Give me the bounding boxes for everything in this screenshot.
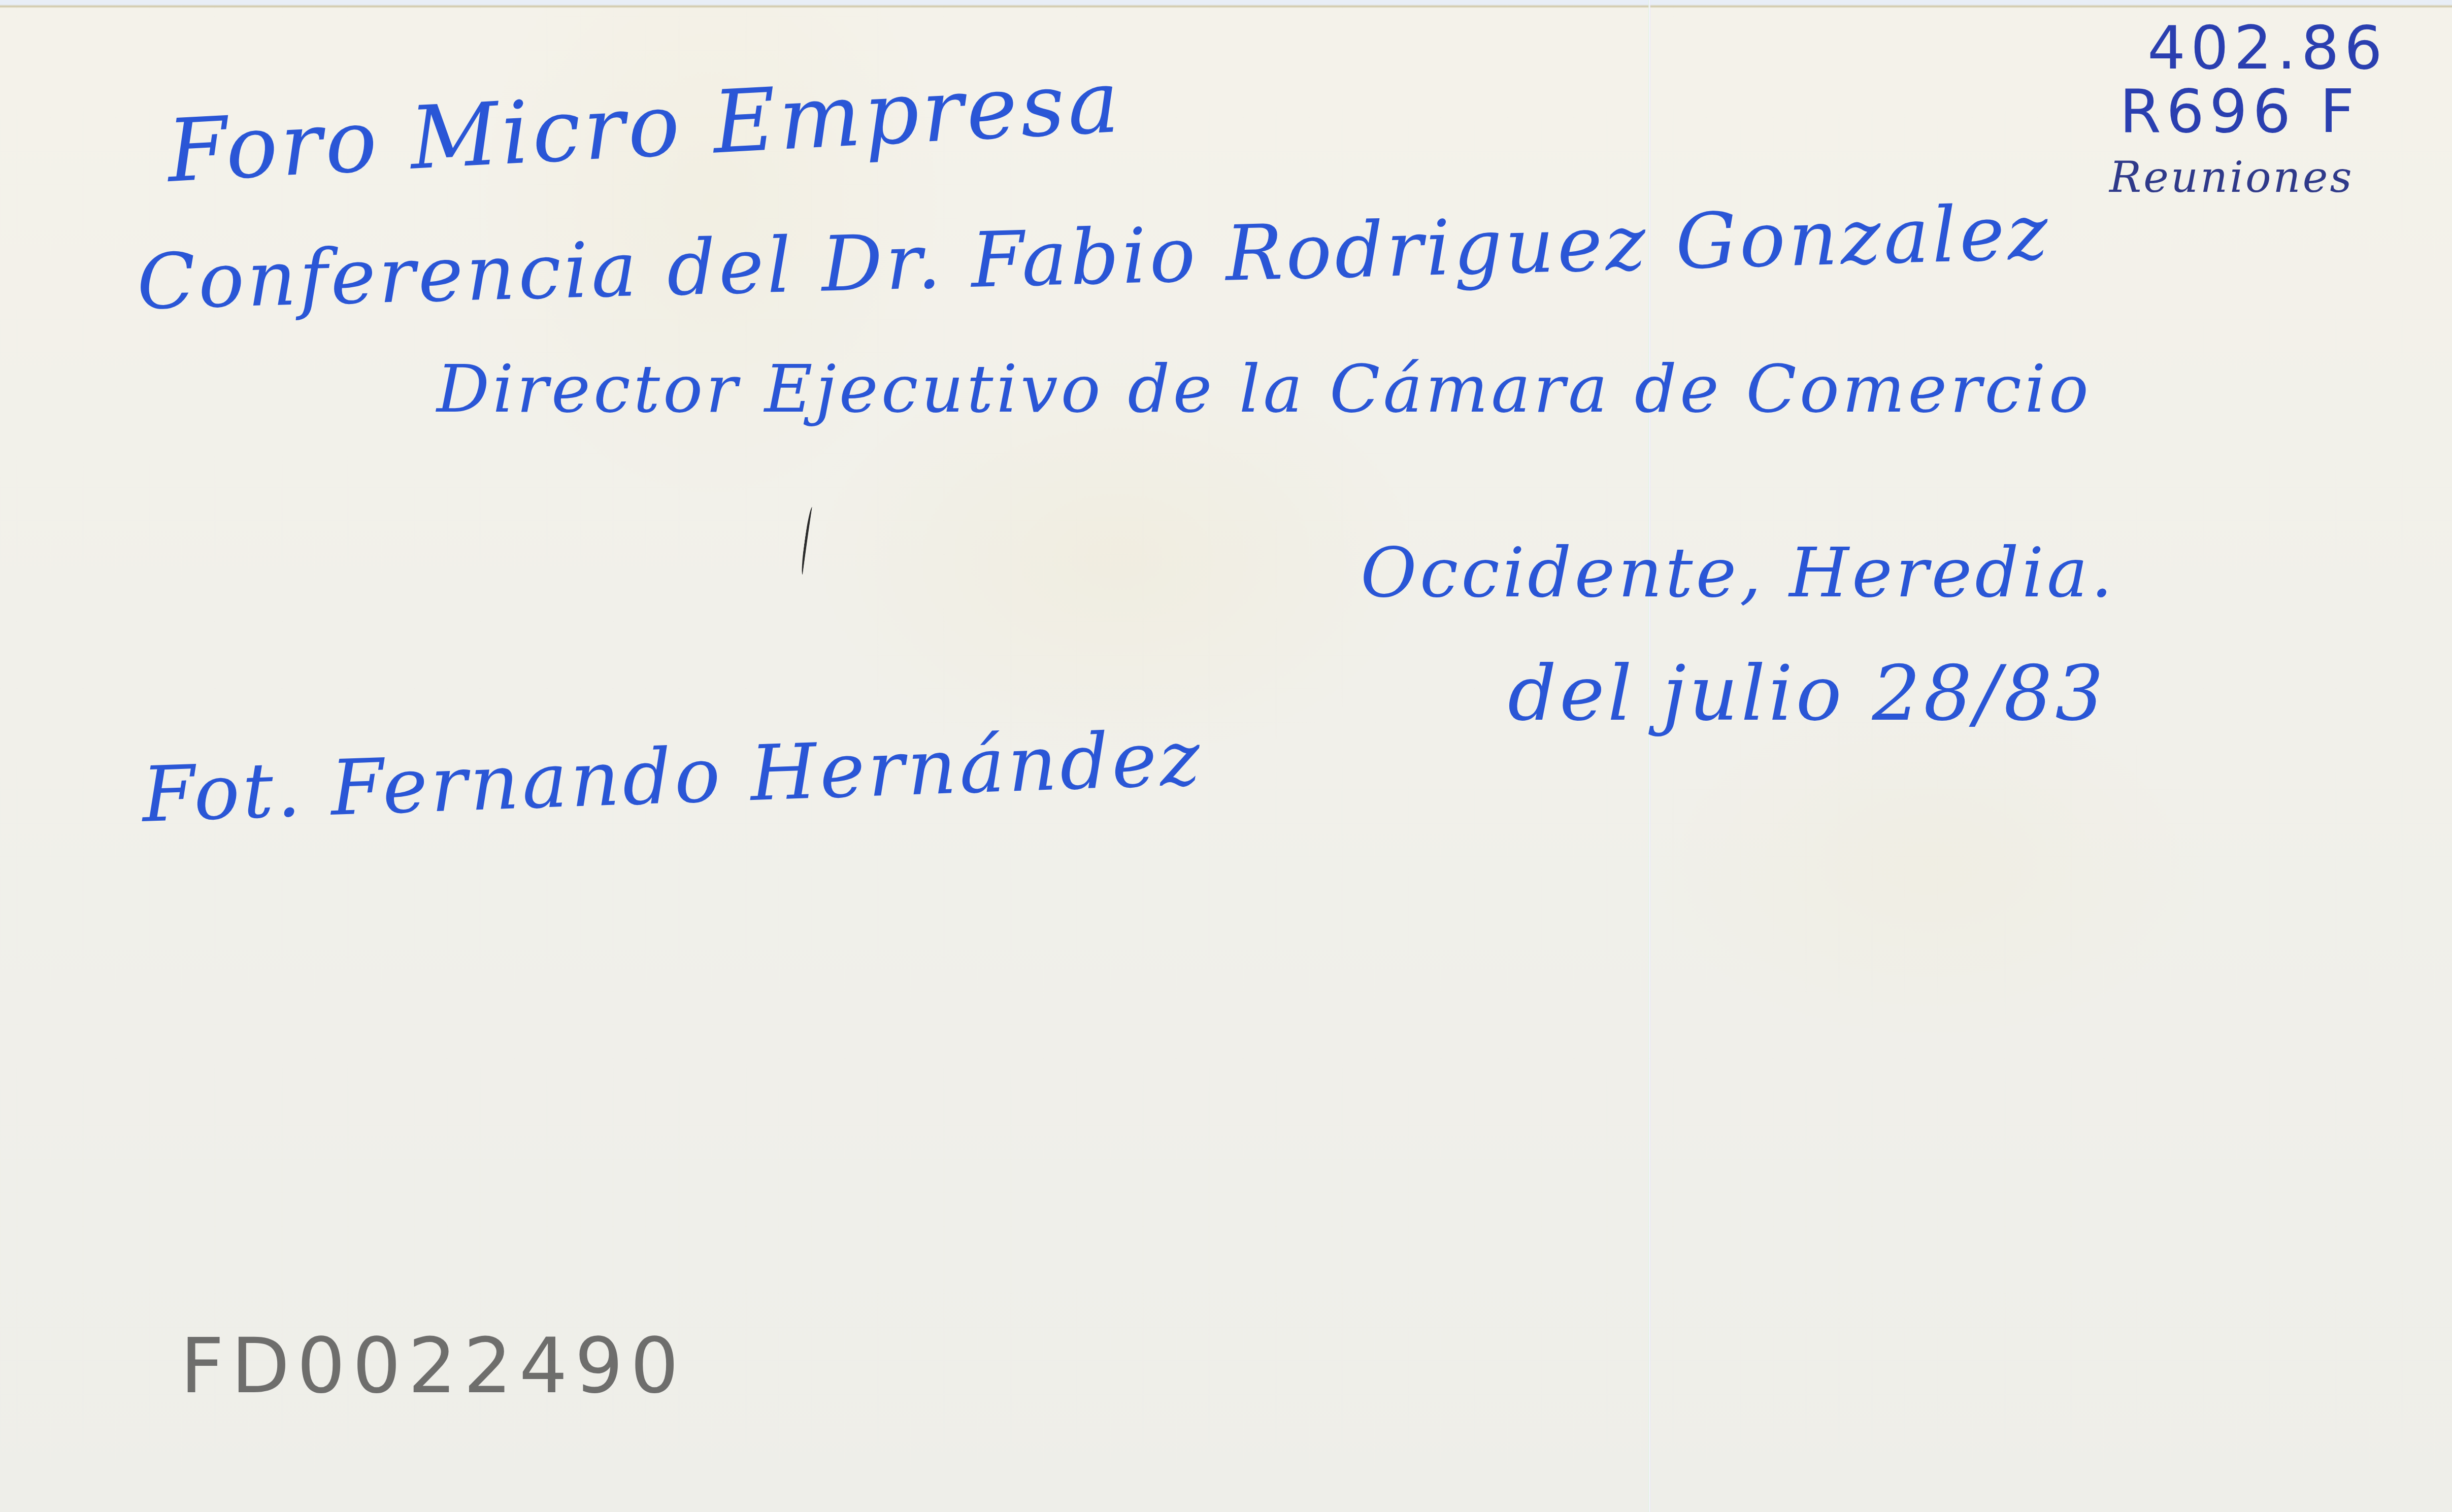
caption-conference: Conferencia del Dr. Fabio Rodriguez Gonz… bbox=[136, 188, 2052, 327]
call-number-classification: 402.86 bbox=[2147, 13, 2388, 83]
photo-card-back: 402.86 R696 F Reuniones Foro Micro Empre… bbox=[0, 0, 2452, 1512]
stray-mark bbox=[800, 507, 815, 575]
caption-title: Foro Micro Empresa bbox=[165, 52, 1124, 202]
caption-date: del julio 28/83 bbox=[1508, 650, 2107, 738]
caption-speaker-role: Director Ejecutivo de la Cámara de Comer… bbox=[437, 350, 2092, 427]
call-number-cutter: R696 F bbox=[2119, 76, 2360, 146]
scan-top-edge bbox=[0, 0, 2452, 8]
caption-location: Occidente, Heredia. bbox=[1361, 533, 2115, 613]
subject-heading: Reuniones bbox=[2109, 152, 2354, 202]
accession-number: FD0022490 bbox=[180, 1322, 686, 1410]
caption-photographer: Fot. Fernando Hernández bbox=[141, 714, 1204, 839]
